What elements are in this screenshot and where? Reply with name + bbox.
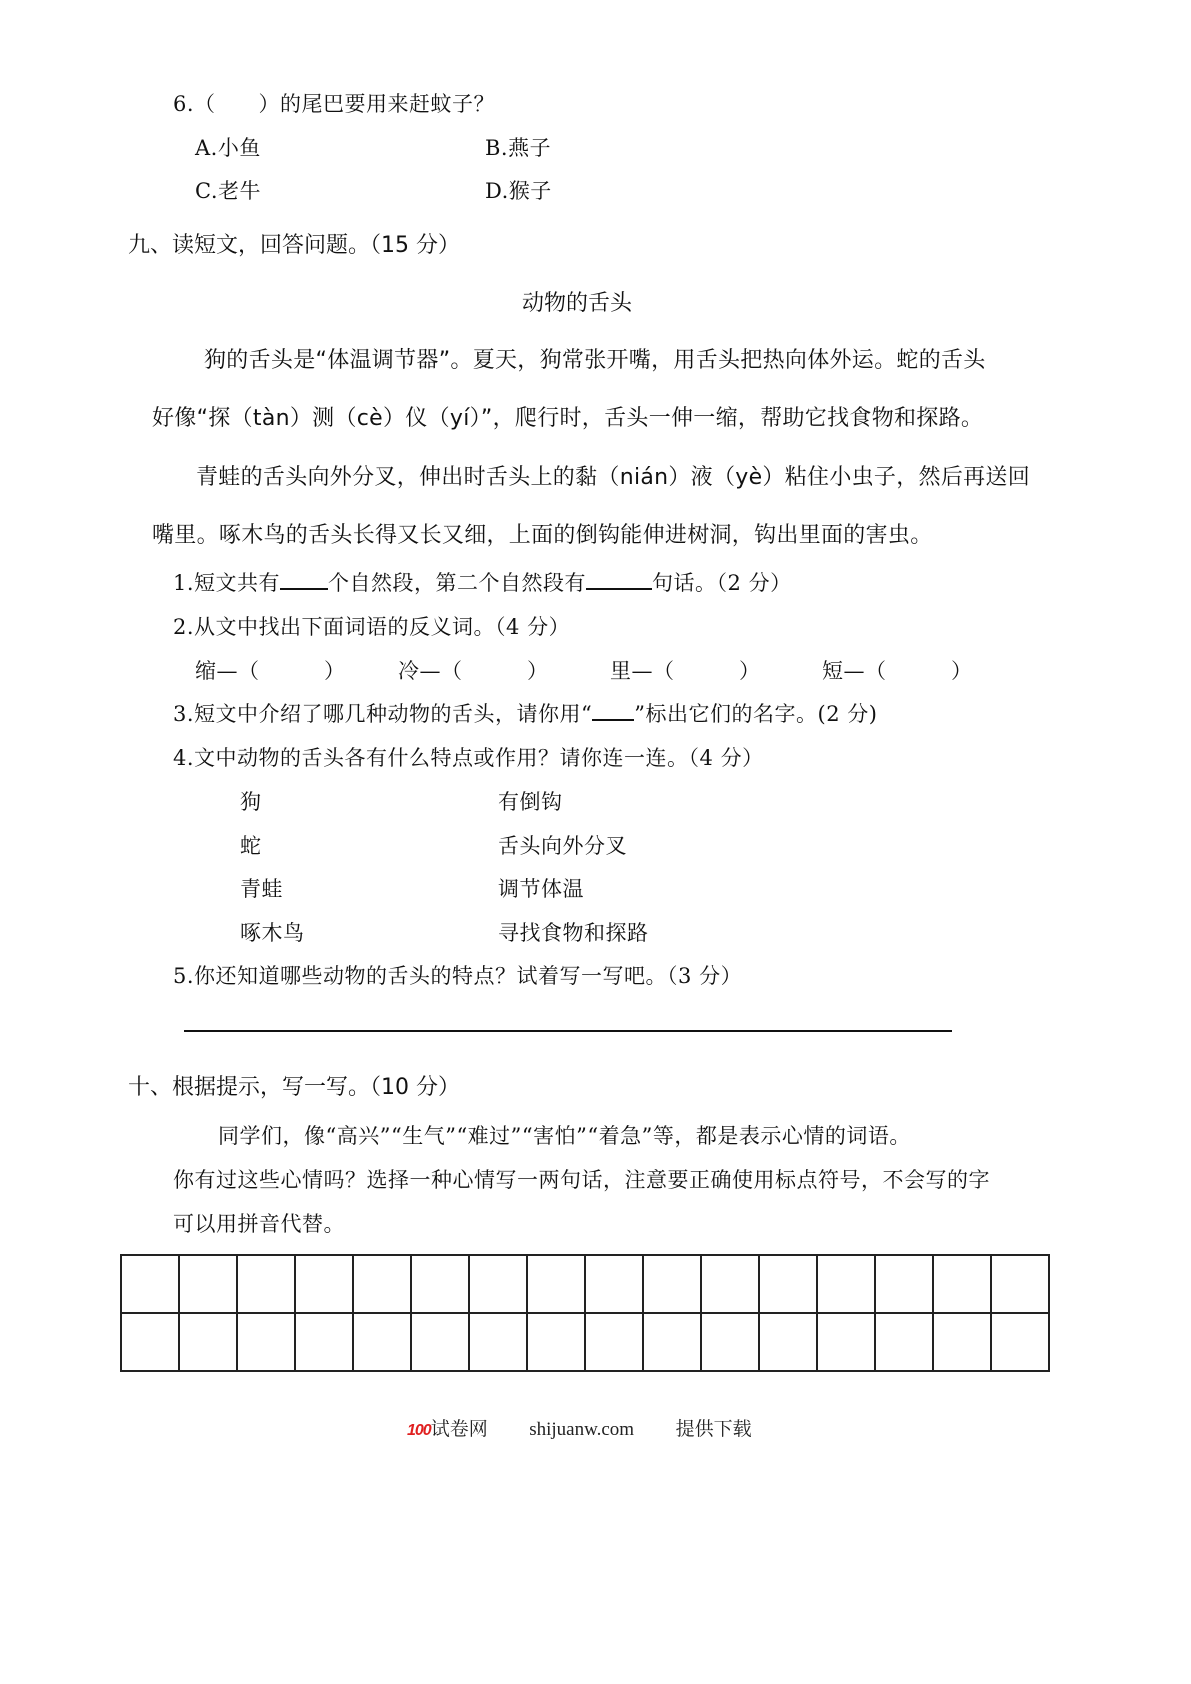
grid-cell[interactable] [585, 1313, 643, 1371]
q6-number: 6. [173, 92, 194, 116]
q3-underline-sample [592, 701, 634, 721]
section10-heading: 十、根据提示，写一写。（10 分） [128, 1070, 460, 1101]
grid-cell[interactable] [875, 1255, 933, 1313]
grid-cell[interactable] [237, 1313, 295, 1371]
q6-text: （ ）的尾巴要用来赶蚊子？ [194, 92, 495, 116]
prompt-line-2: 你有过这些心情吗？选择一种心情写一两句话，注意要正确使用标点符号，不会写的字 [173, 1164, 990, 1194]
q5-answer-line[interactable] [184, 1030, 952, 1032]
grid-row [121, 1313, 1049, 1371]
grid-cell[interactable] [121, 1313, 179, 1371]
match-right-3[interactable]: 调节体温 [498, 873, 584, 903]
grid-cell[interactable] [179, 1255, 237, 1313]
match-left-2[interactable]: 蛇 [240, 830, 262, 860]
grid-cell[interactable] [295, 1255, 353, 1313]
match-right-1[interactable]: 有倒钩 [498, 786, 563, 816]
grid-cell[interactable] [933, 1313, 991, 1371]
grid-cell[interactable] [237, 1255, 295, 1313]
q1-blank-paragraphs[interactable] [280, 570, 328, 590]
question-3: 3.短文中介绍了哪几种动物的舌头，请你用“”标出它们的名字。(2 分) [173, 698, 877, 728]
q6-option-d[interactable]: D.猴子 [485, 175, 552, 205]
prompt-line-1: 同学们，像“高兴”“生气”“难过”“害怕”“着急”等，都是表示心情的词语。 [218, 1120, 911, 1150]
grid-cell[interactable] [411, 1255, 469, 1313]
grid-cell[interactable] [817, 1255, 875, 1313]
question-1: 1.短文共有个自然段，第二个自然段有句话。（2 分） [173, 567, 792, 597]
footer-note: 提供下载 [676, 1419, 752, 1440]
passage-line-3: 青蛙的舌头向外分叉，伸出时舌头上的黏（nián）液（yè）粘住小虫子，然后再送回 [196, 460, 1030, 491]
footer: 100试卷网 shijuanw.com 提供下载 [407, 1414, 752, 1441]
grid-cell[interactable] [585, 1255, 643, 1313]
passage-line-2: 好像“探（tàn）测（cè）仪（yí）”，爬行时，舌头一伸一缩，帮助它找食物和探… [152, 401, 983, 432]
question-5: 5.你还知道哪些动物的舌头的特点？试着写一写吧。（3 分） [173, 960, 742, 990]
q6-option-c[interactable]: C.老牛 [195, 175, 261, 205]
grid-row [121, 1255, 1049, 1313]
grid-cell[interactable] [759, 1255, 817, 1313]
q1-text-b: 个自然段，第二个自然段有 [328, 571, 586, 595]
match-right-4[interactable]: 寻找食物和探路 [498, 917, 649, 947]
antonym-item-3[interactable]: 里—（ ） [610, 655, 761, 685]
antonym-item-2[interactable]: 冷—（ ） [398, 655, 549, 685]
prompt-line-3: 可以用拼音代替。 [173, 1208, 345, 1238]
logo-text: 试卷网 [431, 1419, 488, 1440]
section9-heading: 九、读短文，回答问题。（15 分） [128, 228, 460, 259]
q1-blank-sentences[interactable] [586, 570, 652, 590]
grid-cell[interactable] [759, 1313, 817, 1371]
grid-cell[interactable] [179, 1313, 237, 1371]
grid-cell[interactable] [527, 1255, 585, 1313]
option-label: C. [195, 179, 218, 203]
grid-cell[interactable] [643, 1313, 701, 1371]
q1-text-a: 1.短文共有 [173, 571, 280, 595]
grid-cell[interactable] [933, 1255, 991, 1313]
grid-cell[interactable] [411, 1313, 469, 1371]
option-label: D. [485, 179, 509, 203]
writing-grid[interactable] [120, 1254, 1050, 1372]
passage-title: 动物的舌头 [522, 286, 632, 317]
option-label: B. [485, 136, 508, 160]
site-link[interactable]: shijuanw.com [529, 1419, 634, 1440]
grid-cell[interactable] [121, 1255, 179, 1313]
grid-cell[interactable] [643, 1255, 701, 1313]
question-2: 2.从文中找出下面词语的反义词。（4 分） [173, 611, 570, 641]
grid-cell[interactable] [295, 1313, 353, 1371]
q1-text-c: 句话。（2 分） [652, 571, 792, 595]
passage-line-4: 嘴里。啄木鸟的舌头长得又长又细，上面的倒钩能伸进树洞，钩出里面的害虫。 [152, 518, 933, 549]
antonym-item-4[interactable]: 短—（ ） [822, 655, 973, 685]
option-text: 小鱼 [218, 136, 261, 160]
option-text: 老牛 [218, 179, 261, 203]
antonym-item-1[interactable]: 缩—（ ） [195, 655, 346, 685]
grid-cell[interactable] [701, 1313, 759, 1371]
q6-stem: 6.（ ）的尾巴要用来赶蚊子？ [173, 88, 495, 118]
match-right-2[interactable]: 舌头向外分叉 [498, 830, 627, 860]
q3-text-b: ”标出它们的名字。(2 分) [634, 702, 877, 726]
q3-text-a: 3.短文中介绍了哪几种动物的舌头，请你用“ [173, 702, 592, 726]
grid-cell[interactable] [527, 1313, 585, 1371]
match-left-4[interactable]: 啄木鸟 [240, 917, 305, 947]
passage-line-1: 狗的舌头是“体温调节器”。夏天，狗常张开嘴，用舌头把热向体外运。蛇的舌头 [204, 343, 986, 374]
grid-cell[interactable] [817, 1313, 875, 1371]
match-left-1[interactable]: 狗 [240, 786, 262, 816]
logo-100-icon: 100 [407, 1422, 431, 1439]
option-text: 燕子 [508, 136, 551, 160]
grid-cell[interactable] [875, 1313, 933, 1371]
grid-cell[interactable] [701, 1255, 759, 1313]
grid-cell[interactable] [469, 1255, 527, 1313]
grid-cell[interactable] [353, 1313, 411, 1371]
option-label: A. [195, 136, 218, 160]
grid-cell[interactable] [991, 1255, 1049, 1313]
match-left-3[interactable]: 青蛙 [240, 873, 283, 903]
grid-cell[interactable] [353, 1255, 411, 1313]
question-4: 4.文中动物的舌头各有什么特点或作用？请你连一连。（4 分） [173, 742, 764, 772]
grid-cell[interactable] [991, 1313, 1049, 1371]
q6-option-a[interactable]: A.小鱼 [195, 132, 261, 162]
grid-cell[interactable] [469, 1313, 527, 1371]
q6-option-b[interactable]: B.燕子 [485, 132, 551, 162]
option-text: 猴子 [509, 179, 552, 203]
